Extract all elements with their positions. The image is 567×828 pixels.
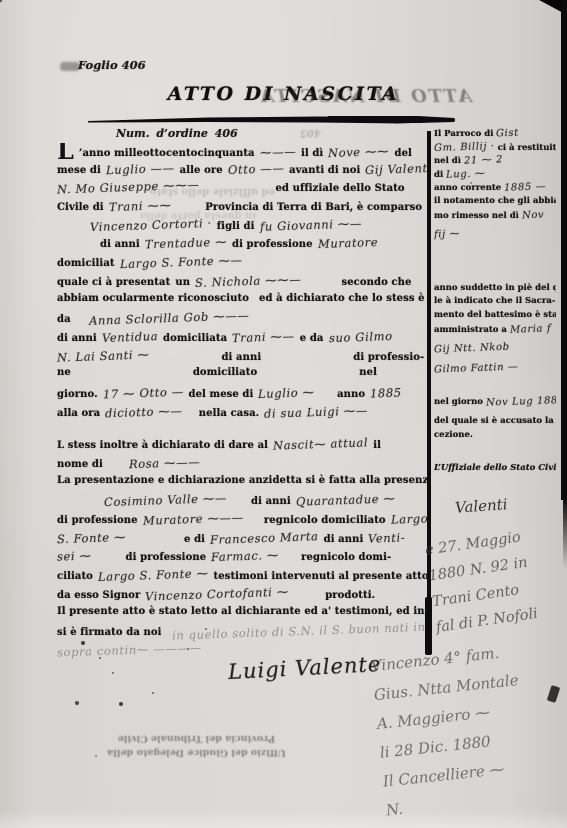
ink-smudge xyxy=(60,62,80,71)
printed-text: ’anno milleottocentocinquanta xyxy=(79,148,255,159)
handwritten-text: Gij Valenti xyxy=(365,161,428,177)
form-line: di professioneMuratore ⁓——regnicolo domi… xyxy=(57,512,428,531)
stamp-ghost-bleedthrough: Uffizio del Giudice Delegato della Provi… xyxy=(104,731,289,759)
form-line: S. Fonte ⁓e diFrancesco Martadi anniVent… xyxy=(57,531,428,550)
printed-text: quale ci à presentat xyxy=(57,277,170,288)
printed-text: ci à restituito. xyxy=(498,143,556,153)
form-line: mento del battesimo è stato xyxy=(434,310,556,324)
title-row: ATTO DI NASCITA ATTO DI NASCITA xyxy=(0,83,567,105)
form-line: domiciliatLargo S. Fonte ⁓— xyxy=(57,255,428,274)
printed-text: di xyxy=(434,170,443,180)
printed-text: Civile di xyxy=(57,202,104,213)
printed-text: di anni xyxy=(57,333,97,344)
form-line: Civile diTrani ⁓⁓Provincia di Terra di B… xyxy=(57,199,428,218)
margin-handwritten-note: e 27. Maggio1880 N. 92 inTrani Centofal … xyxy=(423,519,567,641)
form-line: L’Uffiziale dello Stato Civile xyxy=(434,463,556,477)
form-line: mo rimesso nel dìNov xyxy=(434,210,556,224)
paper-speckles xyxy=(0,0,2,2)
margin-annotation-column: Il Parroco diGistGm. Billij ·ci à restit… xyxy=(434,128,556,477)
form-line: N. Lai Santi ⁓di annidi professio- xyxy=(57,349,428,368)
page-edge xyxy=(561,0,567,500)
printed-text: alle ore xyxy=(180,165,223,176)
form-line: nome diRosa ⁓—— xyxy=(57,456,428,475)
blank-space xyxy=(108,466,124,467)
handwritten-text: Nascit⁓ attual xyxy=(273,436,369,453)
printed-text: figli di xyxy=(217,221,255,232)
printed-text: si è firmato da noi xyxy=(57,627,162,638)
printed-text: di professione xyxy=(126,552,207,563)
blank-space xyxy=(204,190,270,191)
printed-text: del mese di xyxy=(188,389,253,400)
official-signature: Valenti xyxy=(454,495,508,517)
printed-text: e da xyxy=(300,333,324,344)
form-line: da esso SignorVincenzo Cortofanti ⁓prodo… xyxy=(57,587,428,606)
stamp-ghost-line: Uffizio del Giudice Delegato della xyxy=(104,745,289,759)
handwritten-text: Trani ⁓⁓ xyxy=(108,198,171,214)
handwritten-text: Ventidua xyxy=(102,329,159,345)
handwritten-text: Nov Lug 1885 — xyxy=(486,395,556,409)
handwritten-text: di sua Luigi ⁓— xyxy=(264,403,368,421)
form-line: Il Parroco diGist xyxy=(434,128,556,142)
form-line: anno corrente1885 — xyxy=(434,182,556,196)
printed-text: testimoni intervenuti al presente atto e xyxy=(214,571,428,582)
handwritten-text: N. Lai Santi ⁓ xyxy=(57,347,150,364)
form-line: alla oradiciotto ⁓—nella casa.di sua Lui… xyxy=(57,405,428,424)
form-line: cezione. xyxy=(434,430,556,444)
printed-text: il dì xyxy=(301,148,323,159)
form-line: nedomiciliatonel xyxy=(57,367,428,386)
printed-text: del quale si è accusato la ri- xyxy=(434,416,556,426)
blank-space xyxy=(131,541,179,542)
handwritten-text: Muratore ⁓—— xyxy=(142,510,243,528)
printed-text: nella casa. xyxy=(199,408,259,419)
handwritten-text: 1885 xyxy=(370,385,402,400)
printed-text: di professio- xyxy=(353,352,424,363)
printed-text: domiciliato xyxy=(193,367,257,378)
printed-text: regnicolo domiciliato xyxy=(264,515,386,526)
printed-text: giorno. xyxy=(57,389,98,400)
printed-text: del xyxy=(394,148,411,159)
bottom-right-handwritten-note: Vincenzo 4° fam.Gius. Ntta MontaleA. Mag… xyxy=(369,633,567,826)
printed-text: Provincia di Terra di Bari, è comparso xyxy=(205,202,422,213)
printed-text: secondo che xyxy=(341,277,411,288)
printed-text: avanti di noi xyxy=(289,165,360,176)
handwritten-text: Maria f xyxy=(510,323,552,335)
blank-space xyxy=(176,209,200,210)
blank-space xyxy=(76,374,188,375)
handwritten-text: 1885 — xyxy=(504,182,547,194)
form-line: Gij Ntt. Nkob xyxy=(434,343,556,357)
handwritten-text: Largo S. Fonte ⁓ xyxy=(98,566,209,584)
form-line: mese diLuglio ——alle oreOtto ——avanti di… xyxy=(57,162,428,181)
printed-text: Il presente atto è stato letto al dichia… xyxy=(57,606,428,617)
printed-text: domiciliat xyxy=(57,258,115,269)
handwritten-text: sopra contin⁓ ———— xyxy=(57,640,202,659)
form-line: L stess inoltre à dichiarato di dare alN… xyxy=(57,437,428,456)
ghost-number: 405 xyxy=(300,127,321,138)
order-number: Num. d’ordine 406 xyxy=(116,127,238,140)
printed-text: un xyxy=(175,277,190,288)
printed-text: L stess inoltre à dichiarato di dare al xyxy=(57,440,268,451)
printed-text: nel dì xyxy=(434,156,461,166)
form-line: diLug. ⁓ xyxy=(434,169,556,183)
foglio-number: Foglio 406 xyxy=(78,58,146,72)
printed-text: mo rimesso nel dì xyxy=(434,211,519,221)
printed-text: ed uffiziale dello Stato xyxy=(275,183,404,194)
form-line: si è firmato da noiin quello solito di S… xyxy=(57,624,428,643)
handwritten-text: Rosa ⁓—— xyxy=(129,455,201,471)
handwritten-text: suo Gilmo xyxy=(328,329,392,345)
printed-text: da xyxy=(57,314,71,325)
printed-text: Il Parroco di xyxy=(434,129,493,139)
handwritten-text: Quarantadue ⁓ xyxy=(296,492,396,509)
document-page: Foglio 406 ATTO DI NASCITA ATTO DI NASCI… xyxy=(0,0,567,828)
form-line: nel dì21 ⁓ 2 xyxy=(434,155,556,169)
blank-space xyxy=(76,321,84,322)
handwritten-text: N. Mo Giuseppe ⁓⁓— xyxy=(57,178,200,197)
printed-text: da esso Signor xyxy=(57,590,140,601)
form-line: N. Mo Giuseppe ⁓⁓—ed uffiziale dello Sta… xyxy=(57,180,428,199)
printed-text: abbiam ocularmente riconosciuto xyxy=(57,293,249,304)
printed-text: nel giorno xyxy=(434,397,483,407)
blank-space xyxy=(284,559,296,560)
printed-text: La presentazione e dichiarazione anzidet… xyxy=(57,475,428,486)
printed-text: e di xyxy=(184,534,205,545)
handwritten-text: Gm. Billij · xyxy=(434,141,495,154)
blank-space xyxy=(306,284,336,285)
handwritten-text: diciotto ⁓— xyxy=(105,403,183,420)
blank-space xyxy=(57,503,99,504)
printed-text: alla ora xyxy=(57,408,100,419)
handwritten-text: Gij Ntt. Nkob xyxy=(434,342,510,356)
blank-space xyxy=(320,396,332,397)
blank-space xyxy=(154,359,216,360)
handwritten-text: fij ⁓ xyxy=(434,229,460,241)
blank-space xyxy=(248,522,259,523)
form-line: Gm. Billij ·ci à restituito. xyxy=(434,142,556,156)
handwritten-text: 17 ⁓ Otto — xyxy=(102,385,183,402)
main-form-column: L’anno milleottocentocinquanta⁓——il dìNo… xyxy=(57,143,428,662)
printed-text: domiciliata xyxy=(163,333,227,344)
handwritten-text: Otto —— xyxy=(227,161,284,177)
handwritten-text: Trani ⁓— xyxy=(232,329,295,345)
handwritten-text: Anna Sclorilla Gob ⁓—— xyxy=(88,308,249,328)
printed-text: di professione xyxy=(232,239,313,250)
handwritten-text: S. Fonte ⁓ xyxy=(57,530,126,546)
form-line: sei ⁓di professioneFarmac. ⁓regnicolo do… xyxy=(57,549,428,568)
printed-text: cezione. xyxy=(434,430,473,440)
form-line: fij ⁓ xyxy=(434,229,556,243)
printed-text: di anni xyxy=(251,496,291,507)
form-line: nel giornoNov Lug 1885 — xyxy=(434,396,556,410)
handwritten-text: 21 ⁓ 2 xyxy=(464,155,503,167)
printed-text: di anni xyxy=(221,352,261,363)
handwritten-text: fu Giovanni ⁓— xyxy=(259,216,361,234)
page-edge-fade xyxy=(563,498,567,568)
printed-text: di anni xyxy=(324,534,364,545)
handwritten-text: Cosimino Valle ⁓— xyxy=(104,491,227,509)
blank-space xyxy=(294,597,320,598)
printed-text: ne xyxy=(57,367,71,378)
handwritten-text: Nov xyxy=(522,209,545,221)
form-line: le à indicato che il Sacra- xyxy=(434,296,556,310)
printed-text: le à indicato che il Sacra- xyxy=(434,296,555,306)
blank-space xyxy=(57,228,85,229)
form-line: anno suddetto in piè del qua- xyxy=(434,283,556,297)
form-line: Gilmo Fattin — xyxy=(434,363,556,377)
blank-space xyxy=(57,246,95,247)
handwritten-text: ⁓—— xyxy=(259,144,296,159)
handwritten-text: Vincenzo Cortorti · xyxy=(90,216,212,234)
form-line: quale ci à presentatunS. Nichola ⁓⁓—seco… xyxy=(57,274,428,293)
printed-text: mento del battesimo è stato xyxy=(434,310,556,320)
handwritten-text: Francesco Marta xyxy=(210,529,319,547)
printed-text: di anni xyxy=(100,239,140,250)
handwritten-text: Muratore xyxy=(317,235,378,251)
printed-text: anno suddetto in piè del qua- xyxy=(434,283,556,293)
handwritten-text: Vincenzo Cortofanti ⁓ xyxy=(145,584,289,603)
printed-dropcap: L xyxy=(57,146,74,156)
printed-text: amministrato a xyxy=(434,325,507,335)
printed-text: anno xyxy=(337,389,365,400)
form-line: daAnna Sclorilla Gob ⁓—— xyxy=(57,311,428,330)
handwritten-text: Nove ⁓⁓ xyxy=(328,144,390,160)
form-line: giorno.17 ⁓ Otto —del mese diLuglio ⁓ann… xyxy=(57,386,428,405)
blank-space xyxy=(266,359,348,360)
handwritten-text: Farmac. ⁓ xyxy=(211,548,279,564)
printed-text: anno corrente xyxy=(434,183,501,193)
printed-text: nome di xyxy=(57,459,103,470)
blank-space xyxy=(188,415,194,416)
form-line: del quale si è accusato la ri- xyxy=(434,416,556,430)
form-line: ciliatoLargo S. Fonte ⁓testimoni interve… xyxy=(57,568,428,587)
handwritten-text: Luglio ⁓ xyxy=(258,385,315,401)
blank-space xyxy=(232,503,246,504)
stamp-ghost-line: Provincia del Tribunale Civile xyxy=(104,731,289,745)
handwritten-text: Trentadue ⁓ xyxy=(145,235,228,252)
handwritten-text: S. Nichola ⁓⁓— xyxy=(195,272,302,290)
printed-text: il xyxy=(373,440,381,451)
form-line: di anniVentiduadomiciliataTrani ⁓—e dasu… xyxy=(57,330,428,349)
printed-text: ciliato xyxy=(57,571,93,582)
handwritten-text: Lug. ⁓ xyxy=(446,168,486,180)
form-line: amministrato aMaria f xyxy=(434,324,556,338)
handwritten-text: Largo xyxy=(390,511,428,526)
form-line: il notamento che gli abbia- xyxy=(434,196,556,210)
handwritten-text: Largo S. Fonte ⁓— xyxy=(119,253,242,271)
printed-text: di professione xyxy=(57,515,138,526)
handwritten-text: Gilmo Fattin — xyxy=(434,361,519,375)
tapered-rule xyxy=(88,114,455,126)
blank-space xyxy=(97,559,121,560)
handwritten-text: Venti- xyxy=(368,530,406,545)
printed-text: nel xyxy=(359,367,377,378)
printed-text: il notamento che gli abbia- xyxy=(434,196,556,206)
handwritten-text: Luglio —— xyxy=(106,160,175,176)
form-line: La presentazione e dichiarazione anzidet… xyxy=(57,475,428,494)
form-line: L’anno milleottocentocinquanta⁓——il dìNo… xyxy=(57,143,428,162)
title-ghost-bleedthrough: ATTO DI NASCITA xyxy=(258,86,472,107)
handwritten-text: sei ⁓ xyxy=(57,549,92,564)
printed-text: regnicolo domi- xyxy=(301,552,391,563)
printed-text: mese di xyxy=(57,165,101,176)
blank-space xyxy=(262,374,354,375)
handwritten-text: Gist xyxy=(496,128,519,139)
printed-text: prodotti. xyxy=(325,590,375,601)
printed-text: L’Uffiziale dello Stato Civile xyxy=(434,463,556,473)
printed-text: ed à dichiarato che lo stess è nat xyxy=(259,293,428,304)
form-line: Vincenzo Cortorti ·figli difu Giovanni ⁓… xyxy=(57,218,428,237)
